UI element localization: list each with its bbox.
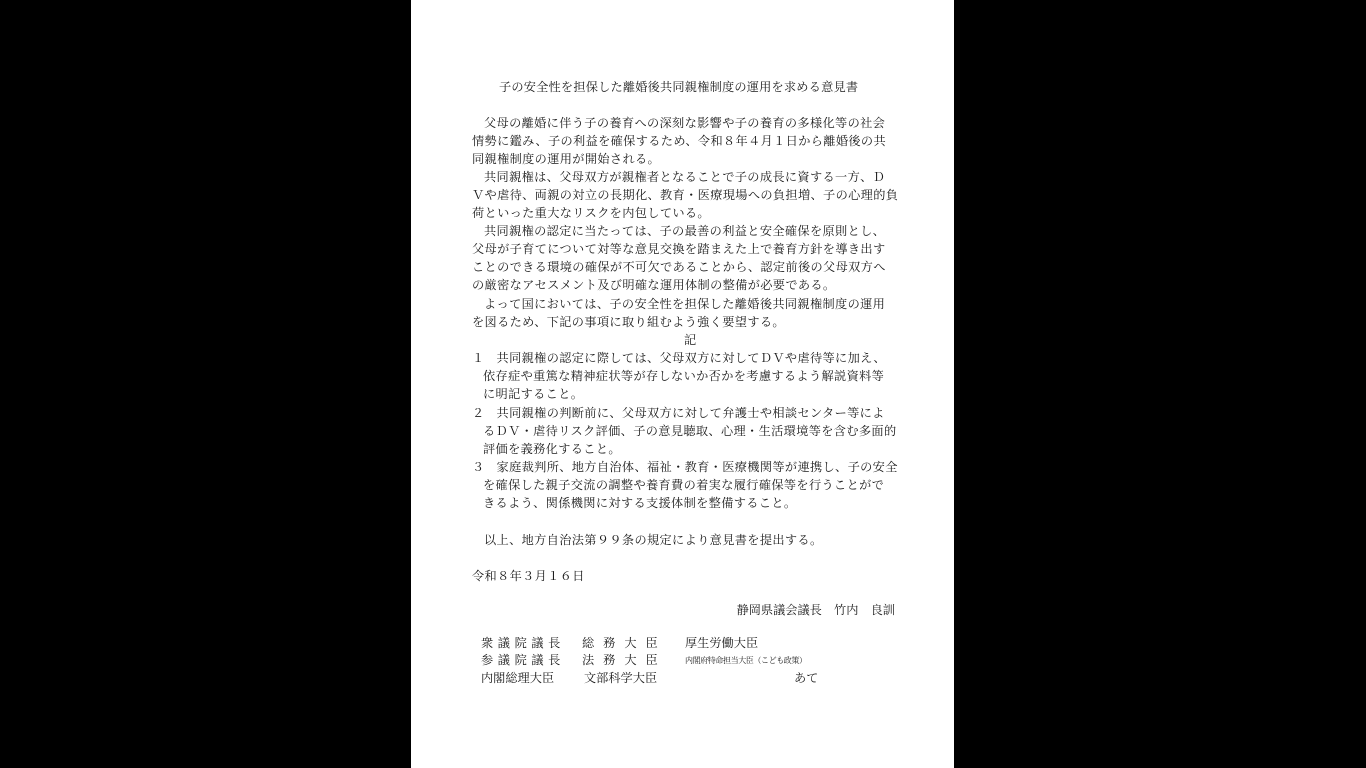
recipient-lower-house-speaker: 衆議院議長 (481, 635, 565, 652)
item-1-line-1: 共同親権の認定に際しては、父母双方に対してＤＶや虐待等に加え、 (497, 351, 886, 365)
closing-statement: 以上、地方自治法第９９条の規定により意見書を提出する。 (484, 531, 823, 549)
document-viewer: 子の安全性を担保した離婚後共同親権制度の運用を求める意見書 父母の離婚に伴う子の… (0, 0, 1366, 768)
paragraph-4-line-2: を図るため、下記の事項に取り組むよう強く要望する。 (472, 313, 785, 331)
paragraph-3-line-3: ことのできる環境の確保が不可欠であることから、認定前後の父母双方へ (472, 258, 886, 276)
item-2-line-3: 評価を義務化すること。 (483, 440, 621, 458)
item-3-first-line: ３家庭裁判所、地方自治体、福祉・教育・医療機関等が連携し、子の安全 (472, 458, 898, 476)
paragraph-2-line-1: 共同親権は、父母双方が親権者となることで子の成長に資する一方、Ｄ (484, 168, 885, 186)
recipient-children-policy-minister: 内閣府特命担当大臣（こども政策） (685, 652, 807, 669)
item-2-number: ２ (472, 406, 485, 420)
paragraph-1-line-3: 同親権制度の運用が開始される。 (472, 150, 660, 168)
ki-label: 記 (684, 331, 696, 349)
sender-signature: 静岡県議会議長 竹内 良訓 (737, 601, 895, 619)
document-title: 子の安全性を担保した離婚後共同親権制度の運用を求める意見書 (499, 78, 858, 96)
paragraph-1-line-1: 父母の離婚に伴う子の養育への深刻な影響や子の養育の多様化等の社会 (484, 114, 885, 132)
item-1-first-line: １共同親権の認定に際しては、父母双方に対してＤＶや虐待等に加え、 (472, 349, 886, 367)
paragraph-3-line-1: 共同親権の認定に当たっては、子の最善の利益と安全確保を原則とし、 (484, 222, 885, 240)
paragraph-4-line-1: よって国においては、子の安全性を担保した離婚後共同親権制度の運用 (484, 295, 885, 313)
item-3-line-3: きるよう、関係機関に対する支援体制を整備すること。 (483, 494, 796, 512)
recipient-health-labour-minister: 厚生労働大臣 (685, 635, 758, 652)
item-1-line-2: 依存症や重篤な精神症状等が存しないか否かを考慮するよう解説資料等 (483, 367, 884, 385)
paragraph-2-line-2: Ｖや虐待、両親の対立の長期化、教育・医療現場への負担増、子の心理的負 (472, 186, 898, 204)
item-3-line-1: 家庭裁判所、地方自治体、福祉・教育・医療機関等が連携し、子の安全 (497, 460, 898, 474)
recipient-internal-affairs-minister: 総務大臣 (582, 635, 667, 652)
item-3-line-2: を確保した親子交流の調整や養育費の着実な履行確保等を行うことがで (483, 476, 884, 494)
paragraph-3-line-2: 父母が子育てについて対等な意見交換を踏まえた上で養育方針を導き出す (472, 240, 886, 258)
document-page: 子の安全性を担保した離婚後共同親権制度の運用を求める意見書 父母の離婚に伴う子の… (411, 0, 954, 768)
item-2-line-2: るＤＶ・虐待リスク評価、子の意見聴取、心理・生活環境等を含む多面的 (483, 422, 897, 440)
recipients-suffix: あて (794, 670, 818, 687)
item-2-first-line: ２共同親権の判断前に、父母双方に対して弁護士や相談センター等によ (472, 404, 885, 422)
recipient-education-minister: 文部科学大臣 (584, 670, 657, 687)
paragraph-3-line-4: の厳密なアセスメント及び明確な運用体制の整備が必要である。 (472, 276, 835, 294)
recipient-justice-minister: 法務大臣 (582, 652, 667, 669)
recipient-upper-house-president: 参議院議長 (481, 652, 565, 669)
recipient-prime-minister: 内閣総理大臣 (481, 670, 554, 687)
item-2-line-1: 共同親権の判断前に、父母双方に対して弁護士や相談センター等によ (497, 406, 885, 420)
document-date: 令和８年３月１６日 (472, 567, 585, 585)
item-1-line-3: に明記すること。 (483, 385, 583, 403)
paragraph-2-line-3: 荷といった重大なリスクを内包している。 (472, 204, 710, 222)
item-1-number: １ (472, 351, 485, 365)
item-3-number: ３ (472, 460, 485, 474)
paragraph-1-line-2: 情勢に鑑み、子の利益を確保するため、令和８年４月１日から離婚後の共 (472, 132, 886, 150)
